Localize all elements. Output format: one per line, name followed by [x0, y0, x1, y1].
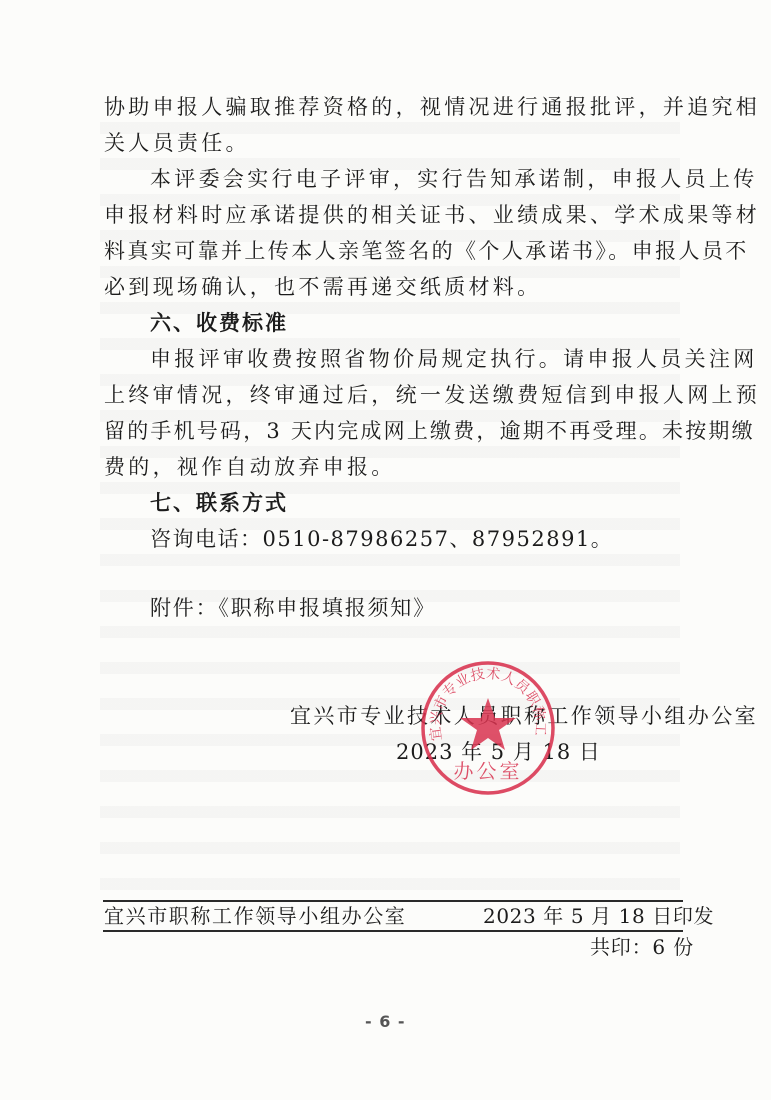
contact-phone: 咨询电话：0510-87986257、87952891。: [150, 525, 720, 553]
document-page: 协助申报人骗取推荐资格的，视情况进行通报批评，并追究相 关人员责任。 本评委会实…: [0, 0, 771, 1100]
section-heading-fees: 六、收费标准: [150, 309, 720, 337]
attachment-line: 附件：《职称申报填报须知》: [150, 594, 720, 622]
signature-date: 2023 年 5 月 18 日: [396, 738, 601, 766]
body-line: 费的，视作自动放弃申报。: [104, 453, 674, 481]
footer-issue-date: 2023 年 5 月 18 日印发: [483, 903, 714, 929]
page-number: - 6 -: [365, 1012, 406, 1031]
body-line: 申报材料时应承诺提供的相关证书、业绩成果、学术成果等材: [104, 201, 674, 229]
footer-bottom-rule: [103, 930, 683, 932]
footer-issuer: 宜兴市职称工作领导小组办公室: [104, 903, 406, 929]
body-line: 必到现场确认，也不需再递交纸质材料。: [104, 273, 674, 301]
body-line: 留的手机号码，3 天内完成网上缴费，逾期不再受理。未按期缴: [104, 417, 674, 445]
footer-top-rule: [103, 900, 683, 902]
signature-organization: 宜兴市专业技术人员职称工作领导小组办公室: [290, 702, 758, 730]
body-line: 关人员责任。: [104, 129, 674, 157]
body-line: 申报评审收费按照省物价局规定执行。请申报人员关注网: [150, 345, 720, 373]
footer-copies: 共印：6 份: [590, 934, 694, 960]
body-line: 上终审情况，终审通过后，统一发送缴费短信到申报人网上预: [104, 381, 674, 409]
body-line: 本评委会实行电子评审，实行告知承诺制，申报人员上传: [150, 165, 720, 193]
body-line: 料真实可靠并上传本人亲笔签名的《个人承诺书》。申报人员不: [104, 237, 674, 265]
section-heading-contact: 七、联系方式: [150, 489, 720, 517]
body-line: 协助申报人骗取推荐资格的，视情况进行通报批评，并追究相: [104, 93, 674, 121]
